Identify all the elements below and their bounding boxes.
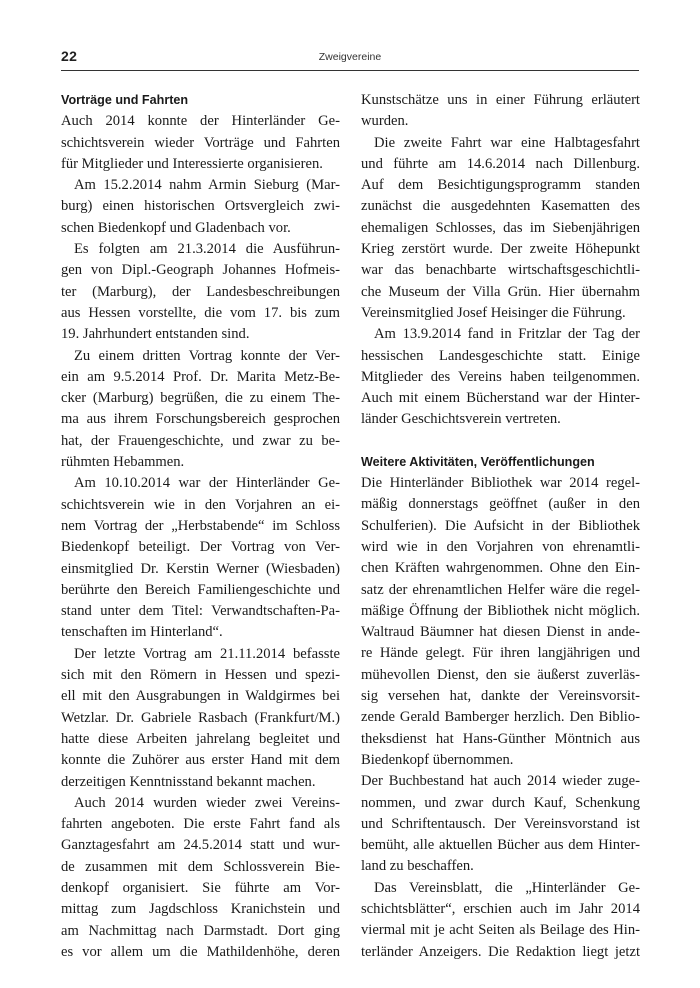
text-line: ell mit den Ausgrabungen in Waldgirmes b… [61, 686, 340, 707]
text-line: berührte den Bereich Familiengeschichte … [61, 580, 340, 601]
paragraph: Der Buchbestand hat auch 2014 wieder zug… [361, 771, 640, 877]
text-line: ein am 9.5.2014 Prof. Dr. Marita Metz-Be… [61, 367, 340, 388]
section-heading-lectures: Vorträge und Fahrten [61, 90, 340, 111]
left-paragraphs: Auch 2014 konnte der Hinterländer Ge-sch… [61, 111, 340, 963]
text-line: Der letzte Vortrag am 21.11.2014 befasst… [61, 644, 340, 665]
text-line: Mitglieder des Vereins haben teilgenomme… [361, 367, 640, 388]
text-line: derzeitigen Kenntnisstand bekannt machen… [61, 772, 340, 793]
text-line: Es folgten am 21.3.2014 die Ausführun- [61, 239, 340, 260]
text-line: land zu beschaffen. [361, 856, 640, 877]
text-line: schichtsverein wieder Vorträge und Fahrt… [61, 133, 340, 154]
text-line: Auch mit einem Bücherstand war der Hinte… [361, 388, 640, 409]
text-line: Der Buchbestand hat auch 2014 wieder zug… [361, 771, 640, 792]
text-line: re Hände gelegt. Für ihren langjährigen … [361, 643, 640, 664]
text-line: hatte diese Arbeiten jahrelang begleitet… [61, 729, 340, 750]
paragraph: Das Vereinsblatt, die „Hinterländer Ge-s… [361, 878, 640, 963]
text-line: satz der ehrenamtlichen Helfer wäre die … [361, 580, 640, 601]
text-line: Ganztagesfahrt am 24.5.2014 statt und wu… [61, 835, 340, 856]
text-line: theksdienst hat Hans-Günther Möntnich au… [361, 729, 640, 750]
text-line: konnte die Zuhörer aus erster Hand mit d… [61, 750, 340, 771]
text-line: nommen, und zwar durch Kauf, Schenkung [361, 793, 640, 814]
text-line: che Museum der Villa Grün. Hier übernahm [361, 282, 640, 303]
text-line: Am 13.9.2014 fand in Fritzlar der Tag de… [361, 324, 640, 345]
paragraph: Kunstschätze uns in einer Führung erläut… [361, 90, 640, 133]
text-line: tenschaften im Hinterland“. [61, 622, 340, 643]
text-line: de zusammen mit dem Schlossverein Bie- [61, 857, 340, 878]
text-line: es vor allem um die Mathildenhöhe, deren [61, 942, 340, 963]
text-line: burg) einen historischen Ortsvergleich z… [61, 196, 340, 217]
text-line: nem Vortrag der „Herbstabende“ im Schlos… [61, 516, 340, 537]
text-line: gen von Dipl.-Geograph Johannes Hofmeis- [61, 260, 340, 281]
text-line: Am 10.10.2014 war der Hinterländer Ge- [61, 473, 340, 494]
text-line: wurden. [361, 111, 640, 132]
paragraph: Es folgten am 21.3.2014 die Ausführun-ge… [61, 239, 340, 345]
paragraph: Der letzte Vortrag am 21.11.2014 befasst… [61, 644, 340, 793]
text-line: Auf dem Besichtigungsprogramm standen [361, 175, 640, 196]
text-line: Am 15.2.2014 nahm Armin Sieburg (Mar- [61, 175, 340, 196]
text-line: schichtsverein wie in den Vorjahren an e… [61, 495, 340, 516]
text-line: aus Hessen vorstellte, die vom 17. bis z… [61, 303, 340, 324]
text-line: schen Biedenkopf und Gladenbach vor. [61, 218, 340, 239]
paragraph: Am 13.9.2014 fand in Fritzlar der Tag de… [361, 324, 640, 430]
text-line: Biedenkopf beteiligt. Der Vortrag von Ve… [61, 537, 340, 558]
text-line: und Schriftentausch. Der Vereinsvorstand… [361, 814, 640, 835]
text-line: mühevollen Dienst, den sie äußerst zuver… [361, 665, 640, 686]
text-line: Kunstschätze uns in einer Führung erläut… [361, 90, 640, 111]
text-line: sig versehen hat, dankte der Vereinsvors… [361, 686, 640, 707]
text-line: denkopf organisiert. Sie führte am Vor- [61, 878, 340, 899]
text-line: wird wie in den Vorjahren von ehrenamtli… [361, 537, 640, 558]
text-line: Wetzlar. Dr. Gabriele Rasbach (Frankfurt… [61, 708, 340, 729]
section-heading-activities: Weitere Aktivitäten, Veröffentlichungen [361, 452, 640, 473]
text-line: 19. Jahrhundert entstanden sind. [61, 324, 340, 345]
paragraph: Auch 2014 konnte der Hinterländer Ge-sch… [61, 111, 340, 175]
paragraph: Am 10.10.2014 war der Hinterländer Ge-sc… [61, 473, 340, 643]
text-line: Das Vereinsblatt, die „Hinterländer Ge- [361, 878, 640, 899]
paragraph: Die Hinterländer Bibliothek war 2014 reg… [361, 473, 640, 771]
text-line: fahrten angeboten. Die erste Fahrt fand … [61, 814, 340, 835]
text-line: hessischen Landesgeschichte statt. Einig… [361, 346, 640, 367]
text-line: mäßig donnerstags geöffnet (außer in den [361, 494, 640, 515]
text-line: Waltraud Bäumner hat diesen Dienst in an… [361, 622, 640, 643]
text-line: Schulferien). Die Aufsicht in der Biblio… [361, 516, 640, 537]
text-line: Biedenkopf übernommen. [361, 750, 640, 771]
text-line: ehemaligen Schlosses, das im Siebenjähri… [361, 218, 640, 239]
text-line: Auch 2014 wurden wieder zwei Vereins- [61, 793, 340, 814]
text-line: ter (Marburg), der Landesbeschreibungen [61, 282, 340, 303]
paragraph: Auch 2014 wurden wieder zwei Vereins-fah… [61, 793, 340, 963]
page-header: 22 Zweigvereine [61, 48, 639, 71]
text-line: Vereinsmitglied Josef Heisinger die Führ… [361, 303, 640, 324]
text-line: Auch 2014 konnte der Hinterländer Ge- [61, 111, 340, 132]
text-line: viermal mit je acht Seiten als Beilage d… [361, 920, 640, 941]
paragraph: Die zweite Fahrt war eine Halbtagesfahrt… [361, 133, 640, 325]
text-line: zende Gerald Bamberger herzlich. Den Bib… [361, 707, 640, 728]
text-line: Die zweite Fahrt war eine Halbtagesfahrt [361, 133, 640, 154]
text-line: chen Kräften wahrgenommen. Ohne den Ein- [361, 558, 640, 579]
paragraph: Zu einem dritten Vortrag konnte der Ver-… [61, 346, 340, 474]
text-line: sich mit den Römern in Hessen und spezi- [61, 665, 340, 686]
text-line: mäßige Öffnung der Bibliothek nicht mögl… [361, 601, 640, 622]
text-line: Zu einem dritten Vortrag konnte der Ver- [61, 346, 340, 367]
paragraph: Am 15.2.2014 nahm Armin Sieburg (Mar-bur… [61, 175, 340, 239]
text-line: schichtsblätter“, erschien auch im Jahr … [361, 899, 640, 920]
text-line: bemüht, alle aktuellen Bücher aus dem Hi… [361, 835, 640, 856]
text-line: rühmten Hebammen. [61, 452, 340, 473]
text-line: einsmitglied Dr. Kerstin Werner (Wiesbad… [61, 559, 340, 580]
text-line: stand unter dem Titel: Verwandtschaften-… [61, 601, 340, 622]
running-head: Zweigvereine [61, 51, 639, 63]
text-line: cker (Marburg) begrüßen, die zu einem Th… [61, 388, 340, 409]
text-line: hat, der Frauengeschichte, und zwar zu b… [61, 431, 340, 452]
text-line: länder Geschichtsverein vertreten. [361, 409, 640, 430]
right-column: Kunstschätze uns in einer Führung erläut… [361, 90, 640, 963]
text-line: mittag zum Jagdschloss Kranichstein und [61, 899, 340, 920]
text-line: zunächst die ausgedehnten Kasematten des [361, 196, 640, 217]
text-line: war das benachbarte wirtschaftsgeschicht… [361, 260, 640, 281]
right-paragraphs-before-heading: Kunstschätze uns in einer Führung erläut… [361, 90, 640, 431]
text-line: für Mitglieder und Interessierte organis… [61, 154, 340, 175]
text-line: Krieg zerstört wurde. Der zweite Höhepun… [361, 239, 640, 260]
text-line: terländer Anzeigers. Die Redaktion liegt… [361, 942, 640, 963]
left-column: Vorträge und Fahrten Auch 2014 konnte de… [61, 90, 340, 963]
text-line: am Nachmittag nach Darmstadt. Dort ging [61, 921, 340, 942]
text-line: und führte am 14.6.2014 nach Dillenburg. [361, 154, 640, 175]
right-paragraphs-after-heading: Die Hinterländer Bibliothek war 2014 reg… [361, 473, 640, 963]
text-line: ma aus ihrem Forschungsbereich gesproche… [61, 409, 340, 430]
text-line: Die Hinterländer Bibliothek war 2014 reg… [361, 473, 640, 494]
